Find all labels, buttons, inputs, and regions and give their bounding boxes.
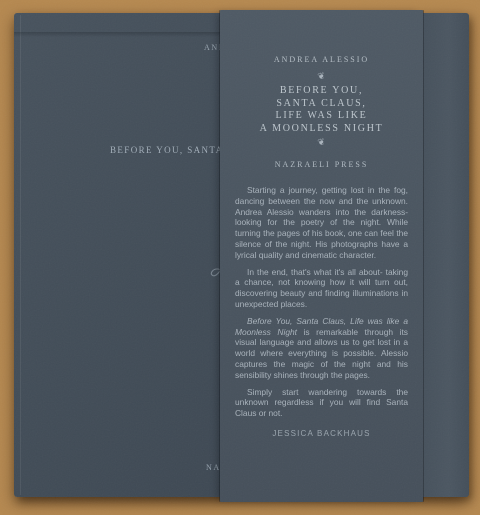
obi-band: ANDREA ALESSIO ❦ BEFORE YOU, SANTA CLAUS… [220,10,423,502]
cover-right-panel [423,13,469,497]
blurb-paragraph: Simply start wandering towards the unkno… [235,387,408,419]
blurb-paragraph: In the end, that's what it's all about- … [235,267,408,310]
band-blurb: Starting a journey, getting lost in the … [235,185,408,419]
band-title-line: SANTA CLAUS, [235,98,408,111]
band-publisher-text: NAZRAELI PRESS [235,160,408,169]
blurb-paragraph: Starting a journey, getting lost in the … [235,185,408,261]
band-title-line: LIFE WAS LIKE [235,110,408,123]
blurb-author-text: JESSICA BACKHAUS [235,429,408,438]
photo-wood-table: ANDREA ALESSIO BEFORE YOU, SANTA CLAUS, … [0,0,480,515]
blurb-paragraph: Before You, Santa Claus, Life was like a… [235,316,408,381]
spine-fold-line [20,15,21,495]
